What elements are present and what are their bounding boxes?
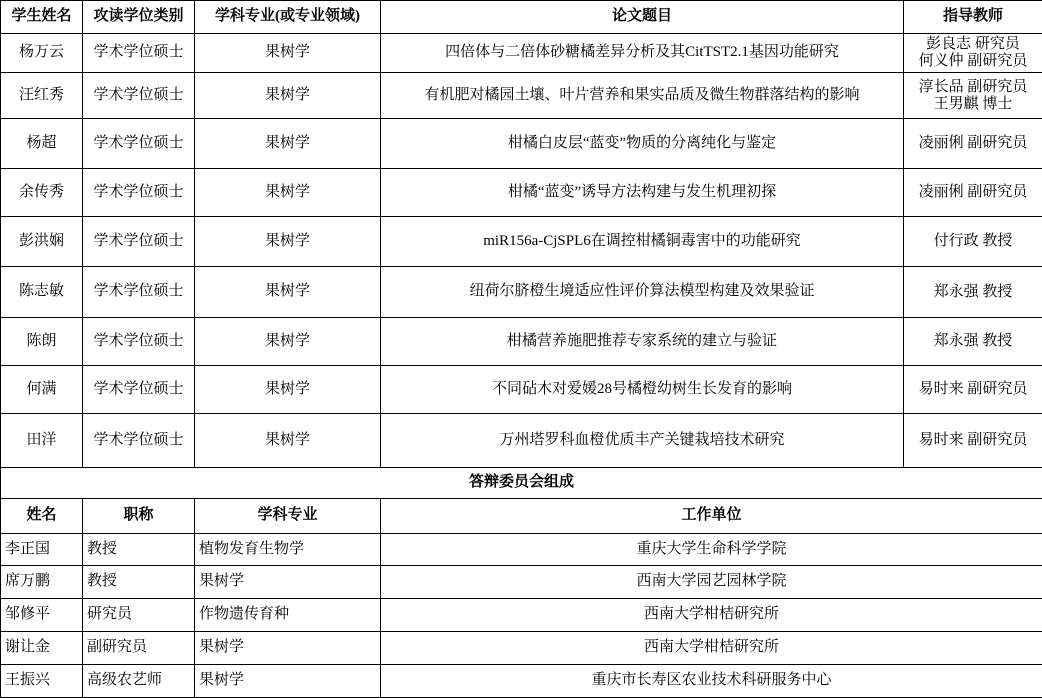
member-name: 席万鹏 [1, 566, 83, 599]
student-row: 余传秀 学术学位硕士 果树学 柑橘“蓝变”诱导方法构建与发生机理初探 凌丽俐 副… [1, 169, 1042, 217]
student-row: 陈志敏 学术学位硕士 果树学 纽荷尔脐橙生境适应性评价算法模型构建及效果验证 郑… [1, 267, 1042, 318]
member-name: 邹修平 [1, 599, 83, 632]
advisor-line: 付行政 教授 [907, 233, 1039, 250]
thesis-title: 柑橘白皮层“蓝变”物质的分离纯化与鉴定 [381, 119, 904, 169]
committee-row: 李正国 教授 植物发育生物学 重庆大学生命科学学院 [1, 534, 1042, 566]
committee-row: 邹修平 研究员 作物遗传育种 西南大学柑桔研究所 [1, 599, 1042, 632]
member-work-unit: 西南大学园艺园林学院 [381, 566, 1042, 599]
degree-type: 学术学位硕士 [83, 119, 195, 169]
advisor-line: 易时来 副研究员 [907, 432, 1039, 449]
col-header-major: 学科专业(或专业领域) [195, 1, 381, 34]
degree-type: 学术学位硕士 [83, 414, 195, 468]
degree-type: 学术学位硕士 [83, 169, 195, 217]
advisor-line: 郑永强 教授 [907, 284, 1039, 301]
major: 果树学 [195, 366, 381, 414]
thesis-title: 万州塔罗科血橙优质丰产关键栽培技术研究 [381, 414, 904, 468]
thesis-title: miR156a-CjSPL6在调控柑橘铜毒害中的功能研究 [381, 217, 904, 267]
member-title: 教授 [83, 534, 195, 566]
student-name: 余传秀 [1, 169, 83, 217]
advisor: 凌丽俐 副研究员 [904, 119, 1042, 169]
member-title: 副研究员 [83, 632, 195, 665]
member-work-unit: 重庆大学生命科学学院 [381, 534, 1042, 566]
advisor: 彭良志 研究员何义仲 副研究员 [904, 34, 1042, 73]
advisor-line: 郑永强 教授 [907, 333, 1039, 350]
major: 果树学 [195, 217, 381, 267]
student-name: 陈志敏 [1, 267, 83, 318]
member-title: 高级农艺师 [83, 665, 195, 698]
col-header-degree-type: 攻读学位类别 [83, 1, 195, 34]
member-major: 作物遗传育种 [195, 599, 381, 632]
student-row: 陈朗 学术学位硕士 果树学 柑橘营养施肥推荐专家系统的建立与验证 郑永强 教授 [1, 318, 1042, 366]
col-header-thesis-title: 论文题目 [381, 1, 904, 34]
student-name: 田洋 [1, 414, 83, 468]
committee-section-row: 答辩委员会组成 [1, 468, 1042, 499]
advisor: 郑永强 教授 [904, 318, 1042, 366]
member-work-unit: 西南大学柑桔研究所 [381, 599, 1042, 632]
student-row: 杨超 学术学位硕士 果树学 柑橘白皮层“蓝变”物质的分离纯化与鉴定 凌丽俐 副研… [1, 119, 1042, 169]
thesis-title: 不同砧木对爱媛28号橘橙幼树生长发育的影响 [381, 366, 904, 414]
member-major: 果树学 [195, 665, 381, 698]
degree-type: 学术学位硕士 [83, 318, 195, 366]
student-name: 彭洪娴 [1, 217, 83, 267]
student-row: 田洋 学术学位硕士 果树学 万州塔罗科血橙优质丰产关键栽培技术研究 易时来 副研… [1, 414, 1042, 468]
degree-type: 学术学位硕士 [83, 267, 195, 318]
advisor-line: 凌丽俐 副研究员 [907, 184, 1039, 201]
major: 果树学 [195, 169, 381, 217]
advisor: 凌丽俐 副研究员 [904, 169, 1042, 217]
member-major: 果树学 [195, 632, 381, 665]
advisor: 易时来 副研究员 [904, 414, 1042, 468]
member-name: 谢让金 [1, 632, 83, 665]
member-name: 李正国 [1, 534, 83, 566]
students-header-row: 学生姓名 攻读学位类别 学科专业(或专业领域) 论文题目 指导教师 [1, 1, 1042, 34]
member-major: 植物发育生物学 [195, 534, 381, 566]
advisor: 郑永强 教授 [904, 267, 1042, 318]
member-work-unit: 西南大学柑桔研究所 [381, 632, 1042, 665]
advisor: 淳长品 副研究员王男麒 博士 [904, 73, 1042, 119]
advisor-line: 彭良志 研究员 [907, 36, 1039, 53]
degree-type: 学术学位硕士 [83, 34, 195, 73]
advisor-line: 何义仲 副研究员 [907, 53, 1039, 70]
col-header-student-name: 学生姓名 [1, 1, 83, 34]
student-name: 杨超 [1, 119, 83, 169]
student-name: 陈朗 [1, 318, 83, 366]
advisor-line: 易时来 副研究员 [907, 381, 1039, 398]
thesis-title: 柑橘“蓝变”诱导方法构建与发生机理初探 [381, 169, 904, 217]
thesis-title: 柑橘营养施肥推荐专家系统的建立与验证 [381, 318, 904, 366]
student-name: 杨万云 [1, 34, 83, 73]
advisor-line: 凌丽俐 副研究员 [907, 135, 1039, 152]
committee-header-row: 姓名 职称 学科专业 工作单位 [1, 499, 1042, 534]
col-header-name: 姓名 [1, 499, 83, 534]
student-row: 汪红秀 学术学位硕士 果树学 有机肥对橘园土壤、叶片营养和果实品质及微生物群落结… [1, 73, 1042, 119]
member-name: 王振兴 [1, 665, 83, 698]
major: 果树学 [195, 318, 381, 366]
student-name: 何满 [1, 366, 83, 414]
thesis-title: 有机肥对橘园土壤、叶片营养和果实品质及微生物群落结构的影响 [381, 73, 904, 119]
advisor: 付行政 教授 [904, 217, 1042, 267]
advisor-line: 王男麒 博士 [907, 96, 1039, 113]
major: 果树学 [195, 414, 381, 468]
col-header-title: 职称 [83, 499, 195, 534]
committee-row: 席万鹏 教授 果树学 西南大学园艺园林学院 [1, 566, 1042, 599]
advisor: 易时来 副研究员 [904, 366, 1042, 414]
student-name: 汪红秀 [1, 73, 83, 119]
committee-section-title: 答辩委员会组成 [1, 468, 1042, 499]
document-page: 学生姓名 攻读学位类别 学科专业(或专业领域) 论文题目 指导教师 杨万云 学术… [0, 0, 1042, 698]
thesis-title: 四倍体与二倍体砂糖橘差异分析及其CitTST2.1基因功能研究 [381, 34, 904, 73]
degree-type: 学术学位硕士 [83, 366, 195, 414]
degree-type: 学术学位硕士 [83, 217, 195, 267]
committee-row: 王振兴 高级农艺师 果树学 重庆市长寿区农业技术科研服务中心 [1, 665, 1042, 698]
member-title: 研究员 [83, 599, 195, 632]
degree-type: 学术学位硕士 [83, 73, 195, 119]
major: 果树学 [195, 267, 381, 318]
col-header-advisor: 指导教师 [904, 1, 1042, 34]
member-major: 果树学 [195, 566, 381, 599]
student-row: 何满 学术学位硕士 果树学 不同砧木对爱媛28号橘橙幼树生长发育的影响 易时来 … [1, 366, 1042, 414]
member-work-unit: 重庆市长寿区农业技术科研服务中心 [381, 665, 1042, 698]
thesis-defense-table: 学生姓名 攻读学位类别 学科专业(或专业领域) 论文题目 指导教师 杨万云 学术… [0, 0, 1042, 698]
col-header-committee-major: 学科专业 [195, 499, 381, 534]
committee-row: 谢让金 副研究员 果树学 西南大学柑桔研究所 [1, 632, 1042, 665]
col-header-work-unit: 工作单位 [381, 499, 1042, 534]
thesis-title: 纽荷尔脐橙生境适应性评价算法模型构建及效果验证 [381, 267, 904, 318]
member-title: 教授 [83, 566, 195, 599]
major: 果树学 [195, 34, 381, 73]
major: 果树学 [195, 73, 381, 119]
student-row: 杨万云 学术学位硕士 果树学 四倍体与二倍体砂糖橘差异分析及其CitTST2.1… [1, 34, 1042, 73]
student-row: 彭洪娴 学术学位硕士 果树学 miR156a-CjSPL6在调控柑橘铜毒害中的功… [1, 217, 1042, 267]
major: 果树学 [195, 119, 381, 169]
advisor-line: 淳长品 副研究员 [907, 79, 1039, 96]
